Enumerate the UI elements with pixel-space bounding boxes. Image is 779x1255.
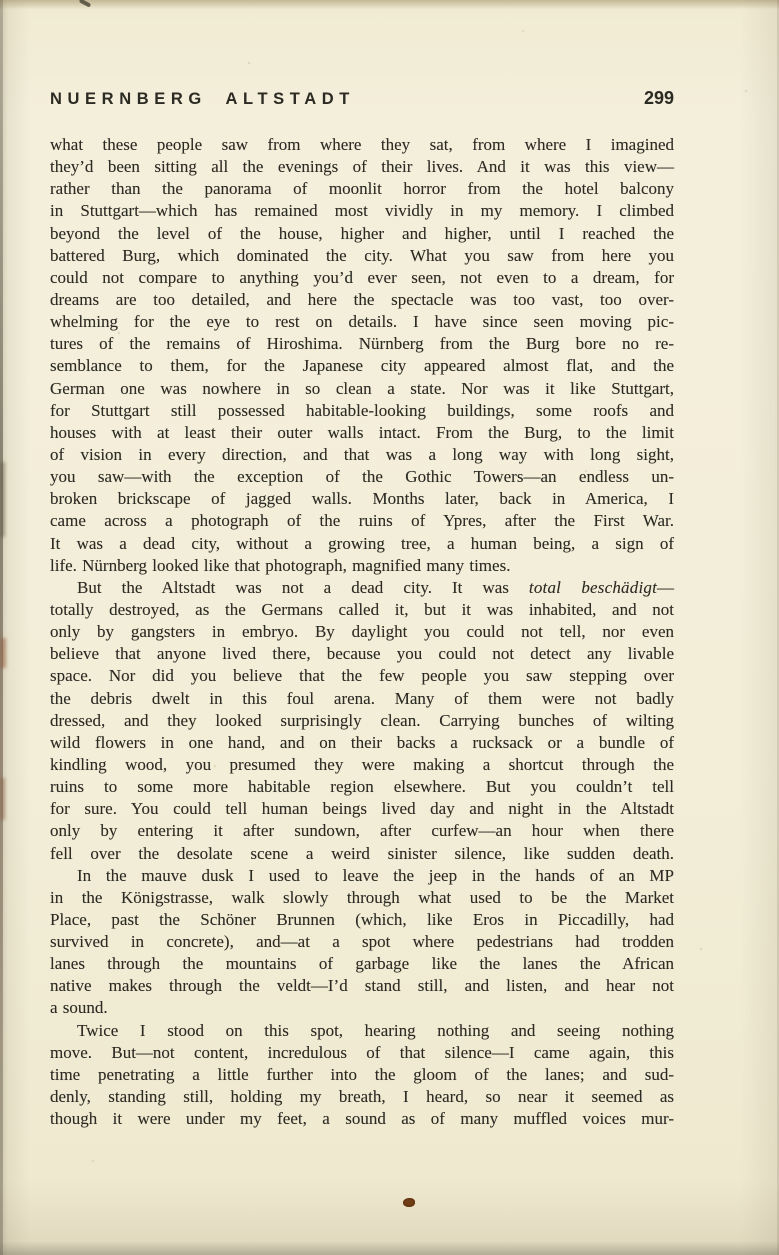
paragraph: what these people saw from where they sa… bbox=[50, 134, 674, 577]
text-line: what these people saw from where they sa… bbox=[50, 134, 674, 156]
page-bottom-edge-shadow bbox=[0, 1241, 779, 1255]
text-line: German one was nowhere in so clean a sta… bbox=[50, 378, 674, 400]
scan-artifact-blob bbox=[0, 638, 6, 668]
text-line: though it were under my feet, a sound as… bbox=[50, 1108, 674, 1130]
book-page: NUERNBERG ALTSTADT 299 what these people… bbox=[0, 0, 779, 1255]
text-line: for sure. You could tell human beings li… bbox=[50, 798, 674, 820]
paragraph: But the Altstadt was not a dead city. It… bbox=[50, 577, 674, 865]
text-line: space. Nor did you believe that the few … bbox=[50, 665, 674, 687]
text-line: ruins to some more habitable region else… bbox=[50, 776, 674, 798]
text-line: Twice I stood on this spot, hearing noth… bbox=[50, 1020, 674, 1042]
text-line: time penetrating a little further into t… bbox=[50, 1064, 674, 1086]
text-line: battered Burg, which dominated the city.… bbox=[50, 245, 674, 267]
text-line: beyond the level of the house, higher an… bbox=[50, 223, 674, 245]
text-line: only by entering it after sundown, after… bbox=[50, 820, 674, 842]
text-line: wild flowers in one hand, and on their b… bbox=[50, 732, 674, 754]
text-line: only by gangsters in embryo. By daylight… bbox=[50, 621, 674, 643]
text-line: survived in concrete), and—at a spot whe… bbox=[50, 931, 674, 953]
page-left-edge-shadow bbox=[0, 0, 3, 1255]
text-line: dreams are too detailed, and here the sp… bbox=[50, 289, 674, 311]
text-line: In the mauve dusk I used to leave the je… bbox=[50, 865, 674, 887]
page-number: 299 bbox=[644, 88, 674, 109]
text-line: dressed, and they looked surprisingly cl… bbox=[50, 710, 674, 732]
text-line: totally destroyed, as the Germans called… bbox=[50, 599, 674, 621]
text-line: could not compare to anything you’d ever… bbox=[50, 267, 674, 289]
chapter-title: NUERNBERG ALTSTADT bbox=[50, 90, 355, 109]
text-line: a sound. bbox=[50, 997, 674, 1019]
text-line: denly, standing still, holding my breath… bbox=[50, 1086, 674, 1108]
text-line: for Stuttgart still possessed habitable-… bbox=[50, 400, 674, 422]
text-line: the debris dwelt in this foul arena. Man… bbox=[50, 688, 674, 710]
text-line: fell over the desolate scene a weird sin… bbox=[50, 843, 674, 865]
text-line: move. But—not content, incredulous of th… bbox=[50, 1042, 674, 1064]
text-line: kindling wood, you presumed they were ma… bbox=[50, 754, 674, 776]
text-block: what these people saw from where they sa… bbox=[50, 134, 674, 1130]
text-line: broken brickscape of jagged walls. Month… bbox=[50, 488, 674, 510]
text-line: in Stuttgart—which has remained most viv… bbox=[50, 200, 674, 222]
text-line: native makes through the veldt—I’d stand… bbox=[50, 975, 674, 997]
text-line: But the Altstadt was not a dead city. It… bbox=[50, 577, 674, 599]
text-line: whelming for the eye to rest on details.… bbox=[50, 311, 674, 333]
text-line: It was a dead city, without a growing tr… bbox=[50, 533, 674, 555]
text-line: tures of the remains of Hiroshima. Nürnb… bbox=[50, 333, 674, 355]
running-header: NUERNBERG ALTSTADT 299 bbox=[50, 88, 674, 109]
text-line: rather than the panorama of moonlit horr… bbox=[50, 178, 674, 200]
text-line: of vision in every direction, and that w… bbox=[50, 444, 674, 466]
text-line: semblance to them, for the Japanese city… bbox=[50, 355, 674, 377]
scan-artifact-blob bbox=[0, 462, 5, 537]
page-top-edge-shadow bbox=[0, 0, 779, 9]
scan-artifact-blob bbox=[0, 778, 5, 820]
paper-speckles bbox=[0, 0, 2, 2]
ink-spot bbox=[403, 1198, 415, 1207]
paragraph: In the mauve dusk I used to leave the je… bbox=[50, 865, 674, 1020]
text-line: lanes through the mountains of garbage l… bbox=[50, 953, 674, 975]
text-line: they’d been sitting all the evenings of … bbox=[50, 156, 674, 178]
text-line: life. Nürnberg looked like that photogra… bbox=[50, 555, 674, 577]
text-line: believe that anyone lived there, because… bbox=[50, 643, 674, 665]
paragraph: Twice I stood on this spot, hearing noth… bbox=[50, 1020, 674, 1131]
text-line: came across a photograph of the ruins of… bbox=[50, 510, 674, 532]
text-line: Place, past the Schöner Brunnen (which, … bbox=[50, 909, 674, 931]
text-line: houses with at least their outer walls i… bbox=[50, 422, 674, 444]
text-line: in the Königstrasse, walk slowly through… bbox=[50, 887, 674, 909]
text-line: you saw—with the exception of the Gothic… bbox=[50, 466, 674, 488]
